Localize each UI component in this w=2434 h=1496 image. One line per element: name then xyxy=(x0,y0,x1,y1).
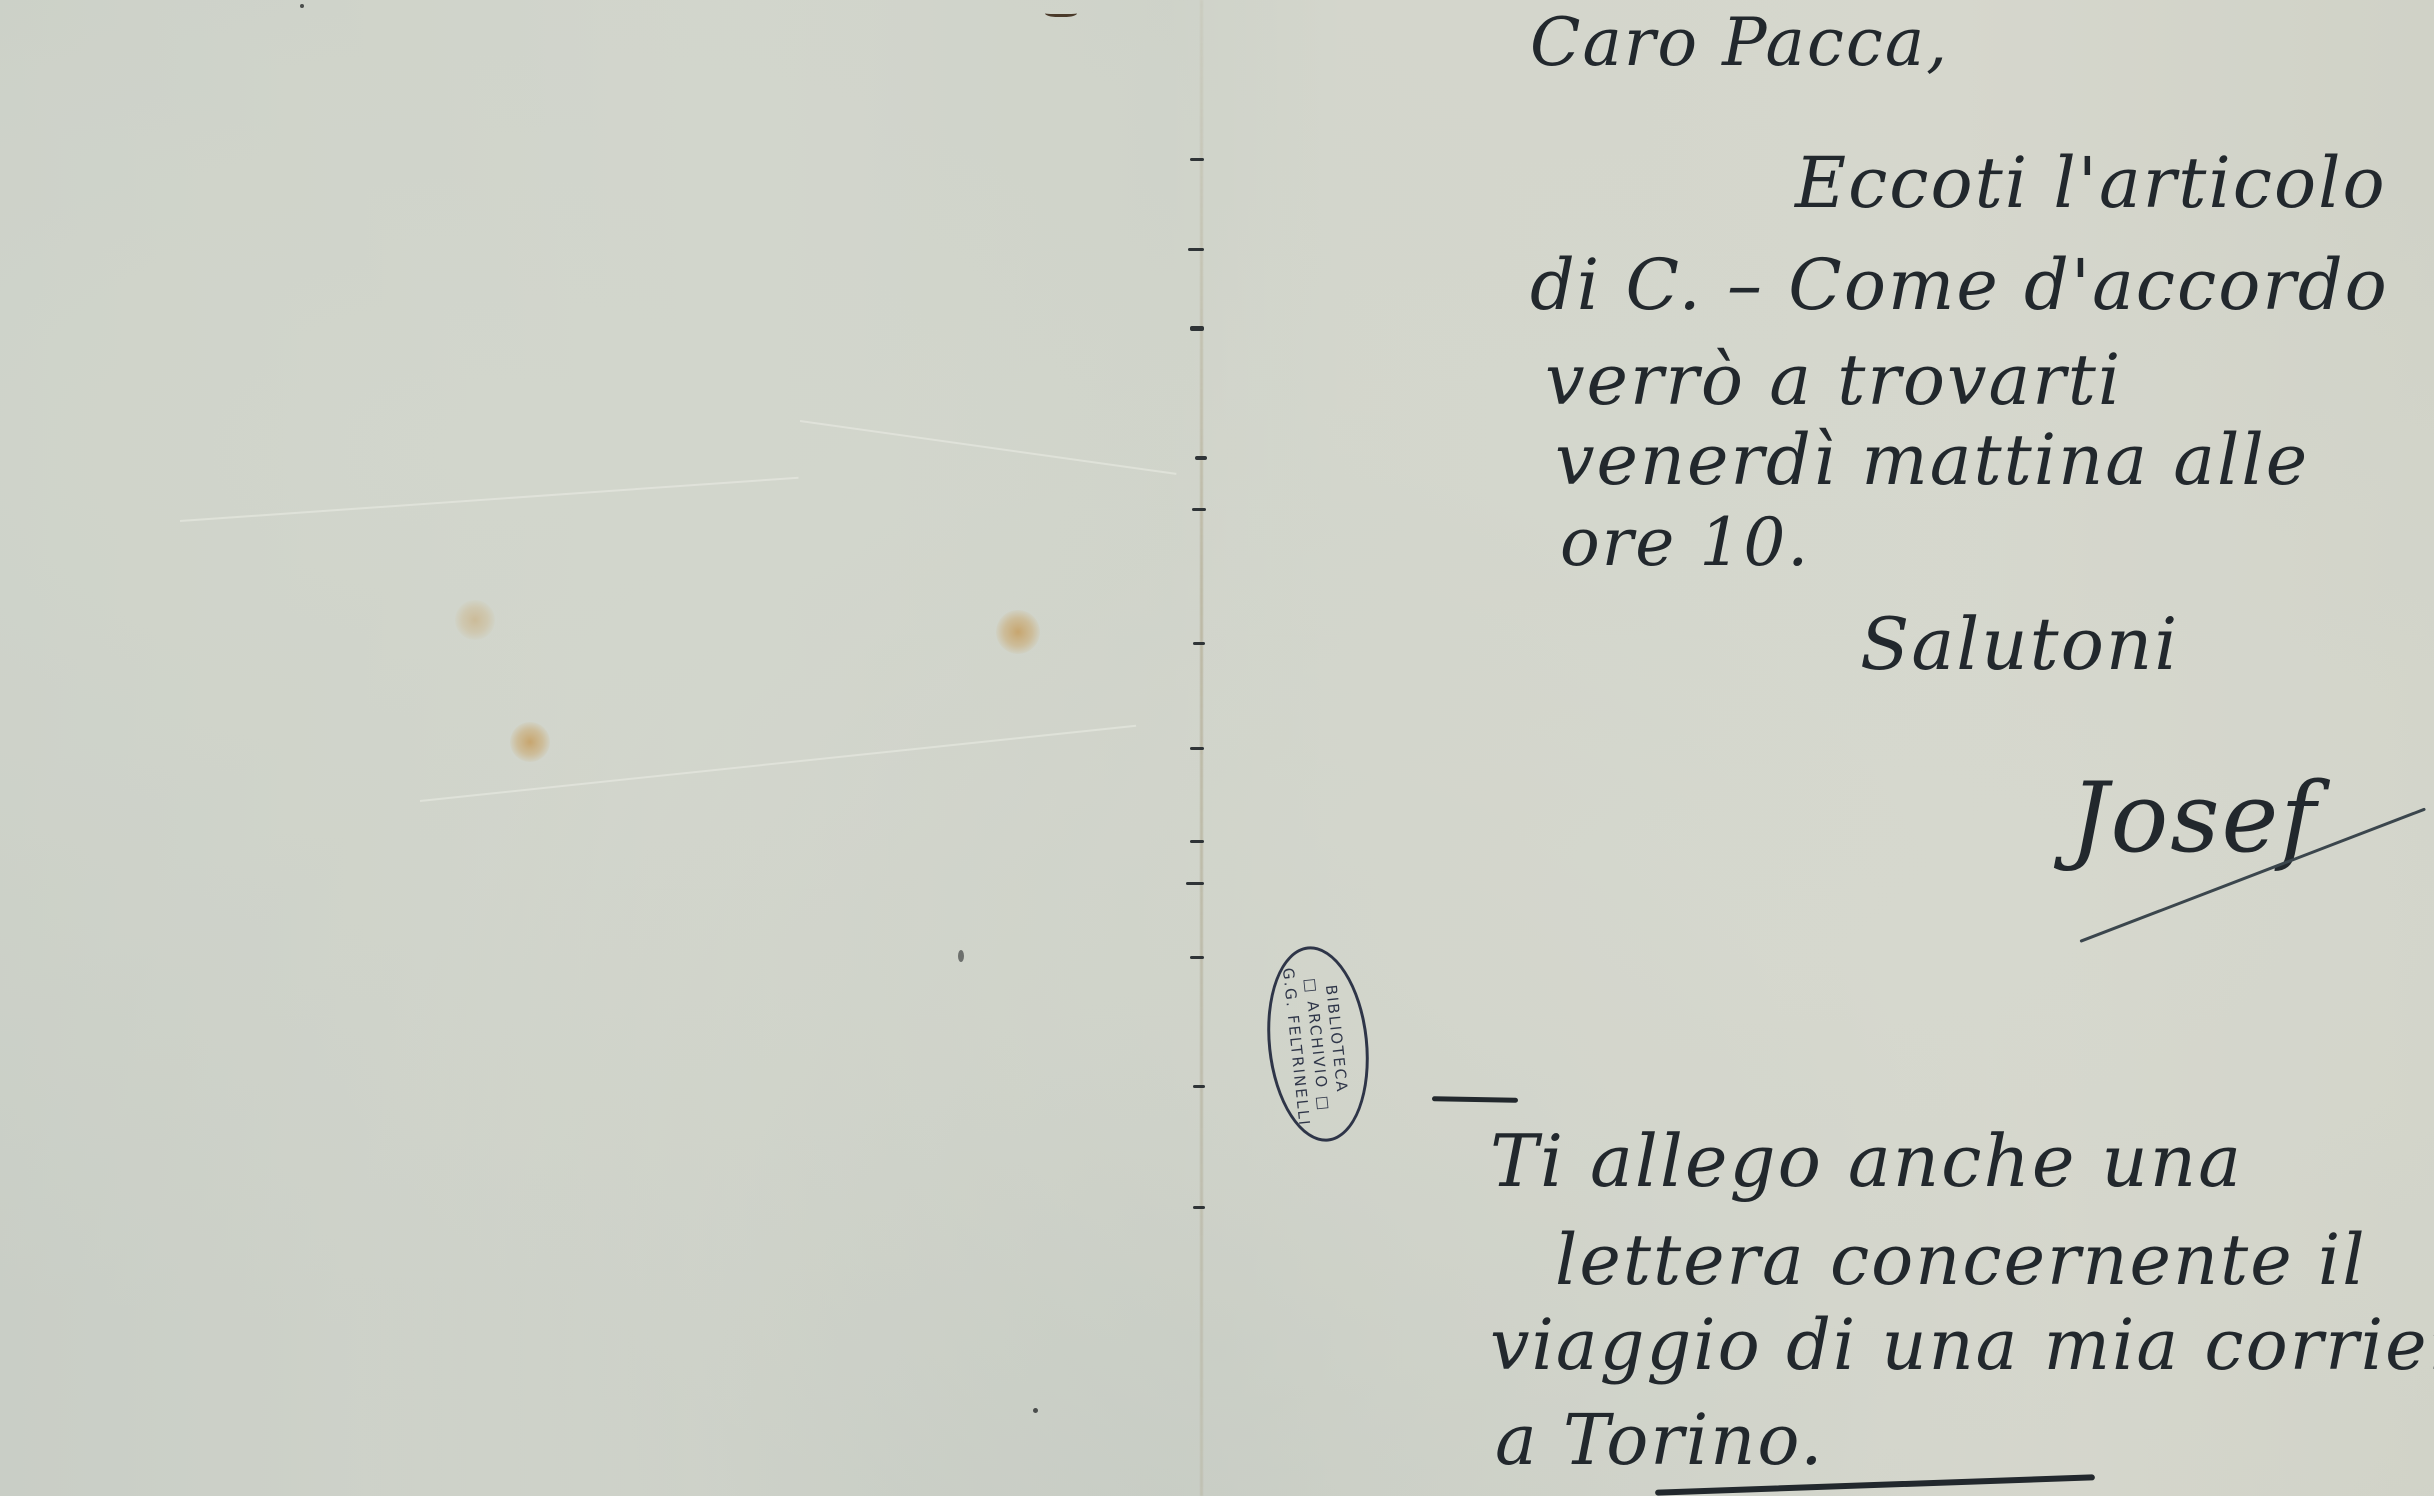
body-line: Eccoti l'articolo xyxy=(1795,148,2387,218)
fold-hole xyxy=(1192,508,1206,511)
ink-speck xyxy=(1033,1408,1038,1413)
foxing-stain xyxy=(455,600,495,640)
postscript-line: viaggio di una mia corriera xyxy=(1490,1310,2434,1380)
fold-hole xyxy=(1190,747,1204,750)
fold-hole xyxy=(1186,882,1204,885)
signature: Josef xyxy=(2070,770,2318,866)
body-line: verrò a trovarti xyxy=(1545,345,2122,415)
postscript-line: Ti allego anche una xyxy=(1490,1125,2243,1197)
foxing-stain xyxy=(996,610,1040,654)
postscript-mark xyxy=(1432,1096,1518,1103)
letter-sheet: Caro Pacca, Eccoti l'articolo di C. – Co… xyxy=(0,0,2434,1496)
body-line: venerdì mattina alle xyxy=(1555,425,2309,495)
paper-crease xyxy=(800,420,1177,475)
fold-hole xyxy=(1190,956,1204,959)
foxing-stain xyxy=(510,722,550,762)
postscript-line: a Torino. xyxy=(1495,1405,1824,1475)
fold-hole xyxy=(1190,840,1204,843)
fold-hole xyxy=(1193,642,1205,645)
top-edge-mark xyxy=(1045,8,1077,17)
fold-hole xyxy=(1195,456,1207,460)
ink-speck xyxy=(958,950,964,962)
fold-hole xyxy=(1188,248,1204,251)
fold-hole xyxy=(1190,326,1204,331)
fold-hole xyxy=(1190,158,1204,161)
paper-crease xyxy=(180,477,799,522)
postscript-line: lettera concernente il xyxy=(1555,1225,2367,1295)
fold-hole xyxy=(1193,1085,1205,1088)
body-line: ore 10. xyxy=(1560,510,1810,576)
closing: Salutoni xyxy=(1860,608,2179,680)
ink-speck xyxy=(300,4,304,8)
body-line: di C. – Come d'accordo xyxy=(1530,250,2389,320)
fold-hole xyxy=(1193,1206,1205,1209)
archive-stamp: BIBLIOTECA □ ARCHIVIO □ G.G. FELTRINELLI xyxy=(1258,941,1378,1146)
salutation: Caro Pacca, xyxy=(1530,10,1949,76)
